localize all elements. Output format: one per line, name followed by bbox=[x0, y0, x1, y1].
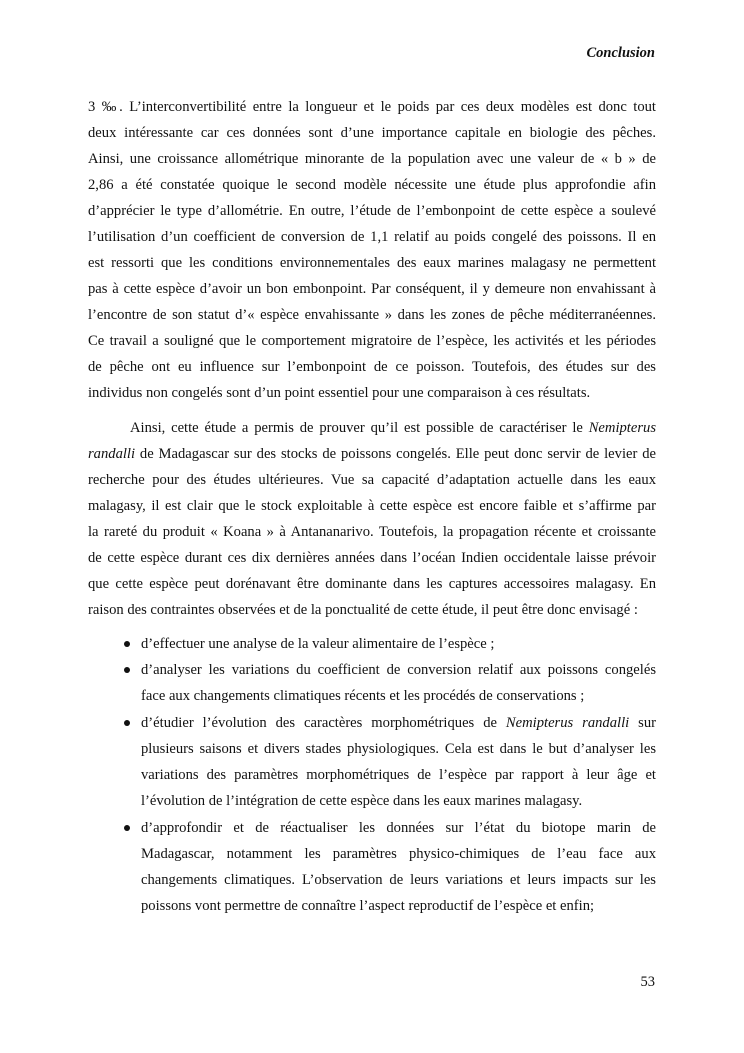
page-number: 53 bbox=[641, 973, 656, 991]
bullet-icon bbox=[124, 660, 132, 668]
text-line: individus non congelés sont d’un point e… bbox=[88, 383, 656, 403]
text-line: que cette espèce peut dorénavant être do… bbox=[88, 574, 656, 594]
text-line: d’approfondir et de réactualiser les don… bbox=[141, 818, 656, 838]
text-line: face aux changements climatiques récents… bbox=[141, 686, 656, 706]
text-line: raison des contraintes observées et de l… bbox=[88, 600, 656, 620]
species-name: Nemipterus bbox=[589, 420, 656, 436]
text-line: l’évolution de l’intégration de cette es… bbox=[141, 791, 656, 811]
text-line: est ressorti que les conditions environn… bbox=[88, 253, 656, 273]
text-line: changements climatiques. L’observation d… bbox=[141, 870, 656, 890]
text-line: d’apprécier le type d’allométrie. En out… bbox=[88, 201, 656, 221]
document-page: Conclusion 3 ‰. L’interconvertibilité en… bbox=[0, 0, 744, 1053]
text-line: malagasy, il est clair que le stock expl… bbox=[88, 496, 656, 516]
text-line: recherche pour des études ultérieures. V… bbox=[88, 470, 656, 490]
text-span: Ainsi, cette étude a permis de prouver q… bbox=[130, 420, 589, 436]
bullet-icon bbox=[124, 634, 132, 642]
text-line: variations des paramètres morphométrique… bbox=[141, 765, 656, 785]
text-line: pas à cette espèce d’avoir un bon embonp… bbox=[88, 279, 656, 299]
text-line: Ainsi, cette étude a permis de prouver q… bbox=[130, 418, 656, 438]
text-line: l’utilisation d’un coefficient de conver… bbox=[88, 227, 656, 247]
text-line: Ainsi, une croissance allométrique minor… bbox=[88, 149, 656, 169]
text-line: d’étudier l’évolution des caractères mor… bbox=[141, 713, 656, 733]
text-line: l’encontre de son statut d’« espèce enva… bbox=[88, 305, 656, 325]
text-line: poissons vont permettre de connaître l’a… bbox=[141, 896, 656, 916]
text-span: de Madagascar sur des stocks de poissons… bbox=[135, 446, 656, 462]
text-line: d’effectuer une analyse de la valeur ali… bbox=[141, 634, 656, 654]
bullet-icon bbox=[124, 713, 132, 721]
text-line: deux intéressante car ces données sont d… bbox=[88, 123, 656, 143]
text-line: la rareté du produit « Koana » à Antanan… bbox=[88, 522, 656, 542]
text-span: d’étudier l’évolution des caractères mor… bbox=[141, 715, 506, 731]
species-name: Nemipterus randalli bbox=[506, 715, 629, 731]
text-line: 3 ‰. L’interconvertibilité entre la long… bbox=[88, 97, 656, 117]
text-line: de cette espèce durant ces dix dernières… bbox=[88, 548, 656, 568]
bullet-icon bbox=[124, 818, 132, 826]
text-span: sur bbox=[629, 715, 656, 731]
text-line: Madagascar, notamment les paramètres phy… bbox=[141, 844, 656, 864]
text-line: randalli de Madagascar sur des stocks de… bbox=[88, 444, 656, 464]
text-line: Ce travail a souligné que le comportemen… bbox=[88, 331, 656, 351]
text-line: 2,86 a été constatée quoique le second m… bbox=[88, 175, 656, 195]
section-header: Conclusion bbox=[587, 44, 656, 62]
species-name: randalli bbox=[88, 446, 135, 462]
text-line: d’analyser les variations du coefficient… bbox=[141, 660, 656, 680]
text-line: de pêche ont eu influence sur l’embonpoi… bbox=[88, 357, 656, 377]
text-line: plusieurs saisons et divers stades physi… bbox=[141, 739, 656, 759]
